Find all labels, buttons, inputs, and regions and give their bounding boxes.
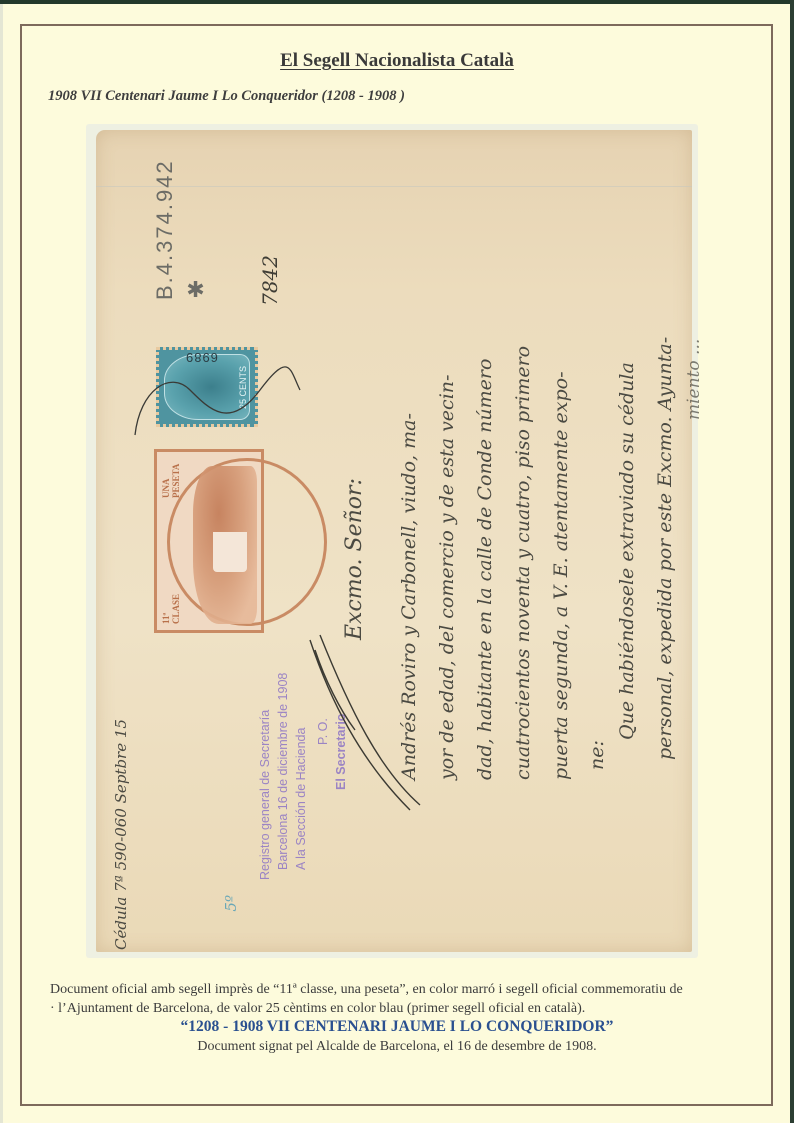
top-edge-strip <box>0 0 794 4</box>
letter-line-1: Andrés Roviro y Carbonell, viudo, ma- <box>398 180 420 780</box>
letter-line-9: miento ... <box>684 220 704 420</box>
letter-line-2: yor de edad, del comercio y de esta veci… <box>436 180 458 780</box>
serial-number: B.4.374.942 ✱ <box>150 140 180 300</box>
left-edge-shade <box>0 4 3 1123</box>
registry-stamp-line-2: Barcelona 16 de diciembre de 1908 <box>276 660 290 870</box>
stamp-top-label: UNA PESETA <box>161 458 181 498</box>
letter-line-5: puerta segunda, a V. E. atentamente expo… <box>550 180 572 780</box>
registry-number: 7842 <box>258 255 282 306</box>
page-title: El Segell Nacionalista Català <box>0 50 794 72</box>
caption-line-4: Document signat pel Alcalde de Barcelona… <box>0 1039 794 1055</box>
brown-one-peseta-stamp: UNA PESETA 11ª CLASE <box>154 449 264 633</box>
caption-line-1: Document oficial amb segell imprès de “1… <box>40 982 780 998</box>
right-edge-strip <box>790 0 794 1123</box>
stamp-bottom-label: 11ª CLASE <box>161 584 181 624</box>
margin-note: Cédula 7ª 590-060 Septbre 15 <box>112 600 130 950</box>
letter-line-3: dad, habitante en la calle de Conde núme… <box>474 180 496 780</box>
blue-pencil-note: 5º <box>222 895 240 912</box>
page-subtitle: 1908 VII Centenari Jaume I Lo Conquerido… <box>48 88 405 105</box>
letter-line-7: Que habiéndosele extraviado su cédula <box>616 200 638 740</box>
caption-highlight: “1208 - 1908 VII CENTENARI JAUME I LO CO… <box>0 1018 794 1036</box>
letter-salutation: Excmo. Señor: <box>342 440 367 640</box>
letter-line-6: ne: <box>586 720 608 770</box>
caption-line-2: · l’Ajuntament de Barcelona, de valor 25… <box>40 1001 780 1017</box>
registry-stamp-line-1: Registro general de Secretaría <box>258 680 272 880</box>
signature-stroke-over-stamp <box>130 350 305 440</box>
letter-line-4: cuatrocientos noventa y cuatro, piso pri… <box>512 180 534 780</box>
letter-line-8: personal, expedida por este Excmo. Ayunt… <box>654 200 676 760</box>
stamp-shield <box>213 532 247 572</box>
